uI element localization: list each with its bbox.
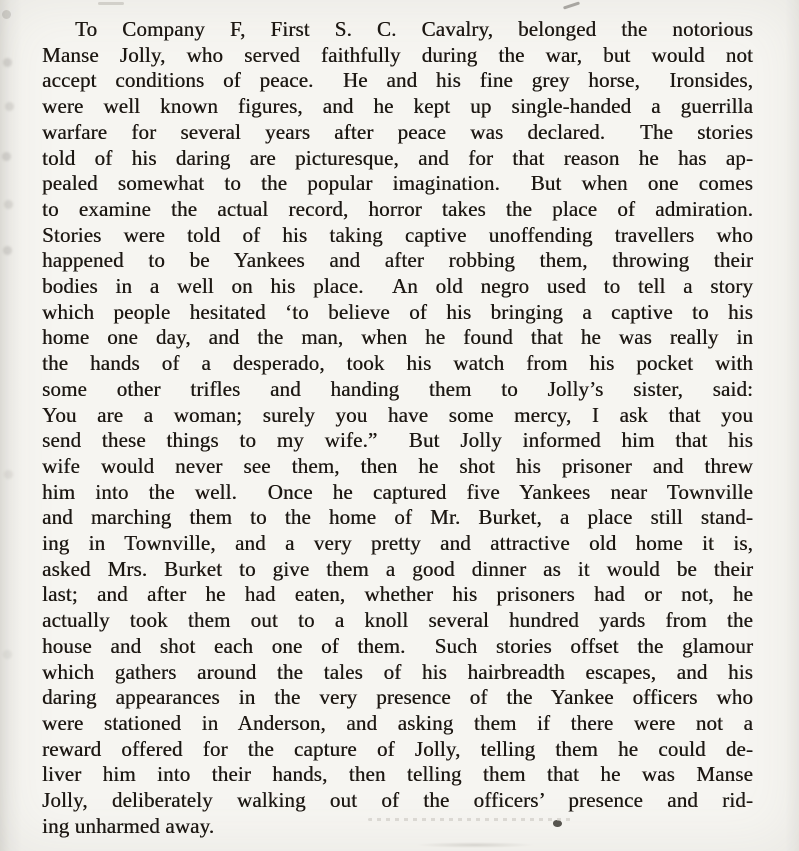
scan-edge-marks [2,10,11,19]
text-line: ing in Townville, and a very pretty and … [42,531,753,557]
text-line: You are a woman; surely you have some me… [42,403,753,429]
scanned-page: To Company F, First S. C. Cavalry, belon… [0,0,799,851]
text-line: told of his daring are picturesque, and … [42,146,753,172]
body-text: To Company F, First S. C. Cavalry, belon… [42,17,753,840]
text-line: send these things to my wife.” But Jolly… [42,428,753,454]
text-line: wife would never see them, then he shot … [42,454,753,480]
text-line: home one day, and the man, when he found… [42,325,753,351]
text-line: him into the well. Once he captured five… [42,480,753,506]
text-line: and marching them to the home of Mr. Bur… [42,505,753,531]
text-line: which people hesitated ‘to believe of hi… [42,300,753,326]
text-line: actually took them out to a knoll severa… [42,608,753,634]
text-line: which gathers around the tales of his ha… [42,660,753,686]
text-line: last; and after he had eaten, whether hi… [42,582,753,608]
text-line: ing unharmed away. [42,814,753,840]
text-line: house and shot each one of them. Such st… [42,634,753,660]
text-line: the hands of a desperado, took his watch… [42,351,753,377]
text-line: liver him into their hands, then telling… [42,762,753,788]
text-line: warfare for several years after peace wa… [42,120,753,146]
text-line: were well known figures, and he kept up … [42,94,753,120]
text-line: Stories were told of his taking captive … [42,223,753,249]
scan-smudge-top-left [98,2,124,5]
text-line: to examine the actual record, horror tak… [42,197,753,223]
scan-smudge-top [563,1,580,9]
text-line: Manse Jolly, who served faithfully durin… [42,43,753,69]
text-line: accept conditions of peace. He and his f… [42,68,753,94]
text-line: asked Mrs. Burket to give them a good di… [42,557,753,583]
scan-smudge-bottom [416,842,534,848]
text-line: some other trifles and handing them to J… [42,377,753,403]
text-line: happened to be Yankees and after robbing… [42,248,753,274]
text-line: bodies in a well on his place. An old ne… [42,274,753,300]
text-line: Jolly, deliberately walking out of the o… [42,788,753,814]
text-line: were stationed in Anderson, and asking t… [42,711,753,737]
text-line: To Company F, First S. C. Cavalry, belon… [42,17,753,43]
text-line: reward offered for the capture of Jolly,… [42,737,753,763]
text-line: daring appearances in the very presence … [42,685,753,711]
text-line: pealed somewhat to the popular imaginati… [42,171,753,197]
